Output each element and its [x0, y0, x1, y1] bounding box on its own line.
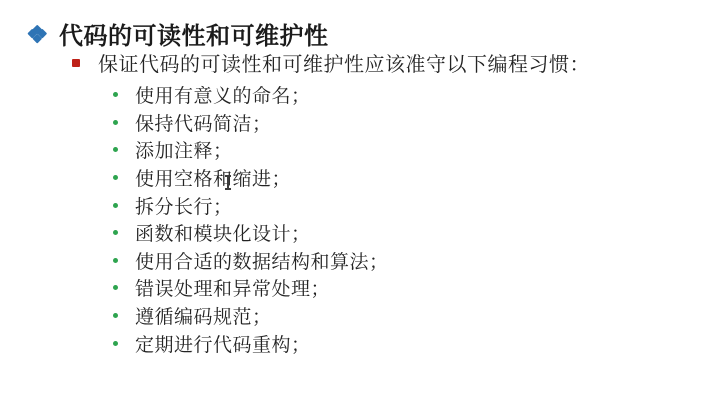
dot-bullet-icon — [113, 203, 118, 208]
text-select-ibeam-cursor-icon — [224, 175, 232, 190]
list-item: 拆分长行； — [113, 191, 389, 219]
list-item-text: 函数和模块化设计； — [135, 219, 311, 246]
list-item: 使用有意义的命名； — [113, 81, 389, 109]
dot-bullet-icon — [113, 147, 118, 152]
list-item: 错误处理和异常处理； — [113, 274, 389, 302]
list-item: 保持代码简洁； — [113, 109, 389, 137]
cursor-part — [225, 188, 231, 190]
list-item-text: 使用合适的数据结构和算法； — [135, 247, 389, 274]
list-item-text: 遵循编码规范； — [135, 302, 272, 329]
slide-title-row: 代码的可读性和可维护性 — [29, 16, 329, 51]
list-item-text: 定期进行代码重构； — [135, 330, 311, 357]
dot-bullet-icon — [113, 285, 118, 290]
list-item: 使用空格和缩进； — [113, 164, 389, 192]
list-item-text: 错误处理和异常处理； — [135, 274, 330, 301]
list-item: 定期进行代码重构； — [113, 329, 389, 357]
list-item: 使用合适的数据结构和算法； — [113, 247, 389, 275]
list-item: 添加注释； — [113, 136, 389, 164]
diamond-bullet-icon — [29, 26, 45, 42]
dot-bullet-icon — [113, 258, 118, 263]
cursor-part — [227, 176, 229, 189]
list-item-text: 拆分长行； — [135, 192, 233, 219]
dot-bullet-icon — [113, 120, 118, 125]
bullet-list: 使用有意义的命名； 保持代码简洁； 添加注释； 使用空格和缩进； 拆分长行； 函… — [113, 81, 389, 357]
slide-subtitle: 保证代码的可读性和可维护性应该准守以下编程习惯： — [98, 48, 590, 77]
square-bullet-icon — [72, 59, 80, 67]
list-item-text: 保持代码简洁； — [135, 109, 272, 136]
list-item: 遵循编码规范； — [113, 302, 389, 330]
slide-title: 代码的可读性和可维护性 — [59, 16, 329, 51]
dot-bullet-icon — [113, 175, 118, 180]
dot-bullet-icon — [113, 313, 118, 318]
list-item-text: 使用空格和缩进； — [135, 164, 291, 191]
dot-bullet-icon — [113, 230, 118, 235]
list-item-text: 使用有意义的命名； — [135, 81, 311, 108]
slide-subtitle-row: 保证代码的可读性和可维护性应该准守以下编程习惯： — [72, 48, 590, 77]
dot-bullet-icon — [113, 92, 118, 97]
presentation-slide: 代码的可读性和可维护性 保证代码的可读性和可维护性应该准守以下编程习惯： 使用有… — [0, 0, 724, 409]
dot-bullet-icon — [113, 341, 118, 346]
list-item: 函数和模块化设计； — [113, 219, 389, 247]
list-item-text: 添加注释； — [135, 136, 233, 163]
